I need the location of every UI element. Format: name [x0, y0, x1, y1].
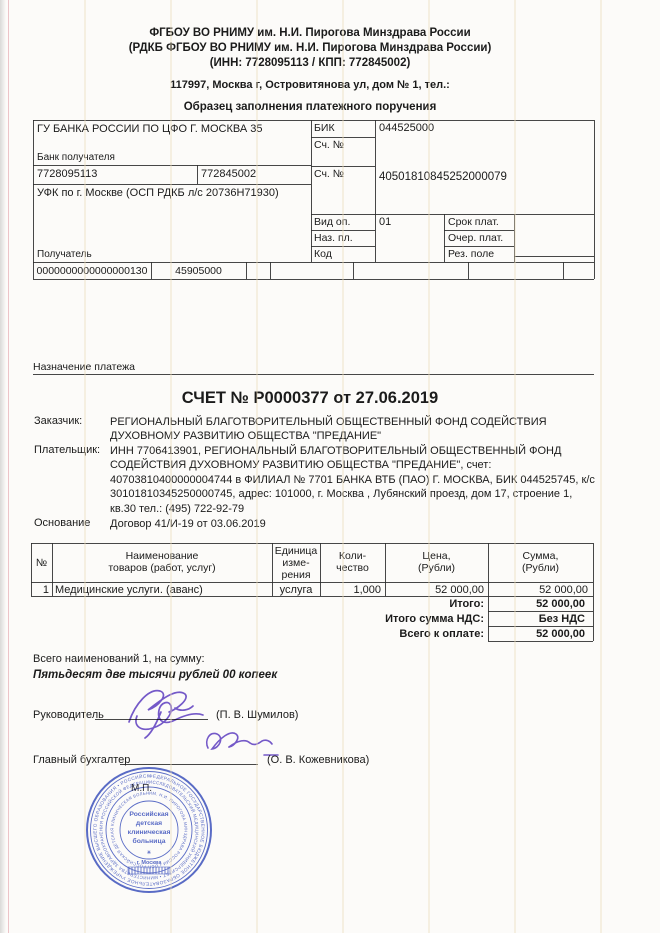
org-inn-kpp-line: (ИНН: 7728095113 / КПП: 772845002) [20, 56, 600, 70]
director-label: Руководитель [33, 709, 104, 722]
organization-stamp: ФЕДЕРАЛЬНОЕ ГОСУДАРСТВЕННОЕ БЮДЖЕТНОЕ ОБ… [84, 765, 214, 895]
account-number-value: 40501810845252000079 [379, 170, 507, 184]
table-line [33, 165, 311, 166]
total-value: 52 000,00 [488, 598, 585, 611]
amount-in-words: Пятьдесят две тысячи рублей 00 копеек [33, 668, 277, 682]
vid-op-value: 01 [379, 216, 391, 229]
grand-total-label: Всего к оплате: [250, 628, 484, 641]
recipient-name: УФК по г. Москве (ОСП РДКБ л/с 20736Н719… [37, 187, 307, 200]
item-row-unit: услуга [272, 584, 320, 597]
col-header-sum: Сумма, (Рубли) [488, 550, 593, 574]
vat-total-label: Итого сумма НДС: [250, 613, 484, 626]
table-line [444, 230, 514, 231]
srok-plat-label: Срок плат. [448, 216, 499, 228]
bik-value: 044525000 [379, 122, 434, 135]
item-row-price: 52 000,00 [385, 584, 484, 597]
bik-label: БИК [314, 122, 335, 134]
table-line [311, 246, 375, 247]
table-line [311, 166, 375, 167]
table-line [594, 120, 595, 279]
account-label-top: Сч. № [314, 139, 344, 151]
inn-value: 7728095113 [37, 168, 97, 181]
stamp-center-line1: Российская [129, 810, 168, 818]
recipient-bank-name: ГУ БАНКА РОССИИ ПО ЦФО Г. МОСКВА 35 [37, 123, 307, 136]
naz-pl-label: Наз. пл. [314, 232, 353, 244]
item-row-name: Медицинские услуги. (аванс) [55, 584, 270, 597]
table-line [488, 626, 593, 627]
org-name-line1: ФГБОУ ВО РНИМУ им. Н.И. Пирогова Минздра… [20, 26, 600, 40]
table-line [311, 214, 594, 215]
ocher-plat-label: Очер. плат. [448, 232, 503, 244]
purpose-label: Назначение платежа [33, 361, 135, 373]
chief-accountant-signature [198, 726, 288, 766]
table-line [31, 582, 593, 583]
stamp-center-line2: детская [136, 820, 162, 827]
stamp-center-line4: больница [132, 837, 165, 845]
table-line [246, 262, 247, 279]
table-line [514, 256, 594, 257]
basis-label: Основание [34, 517, 90, 530]
vat-total-value: Без НДС [488, 613, 585, 626]
table-line [311, 137, 375, 138]
stamp-star: ✳ [147, 850, 152, 856]
invoice-title: СЧЕТ № Р0000377 от 27.06.2019 [20, 389, 600, 408]
item-row-num: 1 [31, 584, 49, 597]
scanned-invoice-page: ФГБОУ ВО РНИМУ им. Н.И. Пирогова Минздра… [0, 0, 660, 933]
col-header-unit: Единица изме- рения [272, 545, 320, 581]
payment-order-sample-title: Образец заполнения платежного поручения [20, 100, 600, 114]
vid-op-label: Вид оп. [314, 216, 350, 228]
col-header-num: № [31, 557, 52, 569]
table-line [444, 214, 445, 262]
stamp-code-box [128, 867, 170, 874]
table-line [311, 120, 312, 262]
table-line [197, 165, 198, 184]
col-header-name: Наименование товаров (работ, услуг) [52, 550, 272, 574]
org-address: 117997, Москва г, Островитянова ул, дом … [20, 79, 600, 91]
customer-value: РЕГИОНАЛЬНЫЙ БЛАГОТВОРИТЕЛЬНЫЙ ОБЩЕСТВЕН… [110, 415, 588, 444]
payer-value: ИНН 7706413901, РЕГИОНАЛЬНЫЙ БЛАГОТВОРИТ… [110, 444, 596, 516]
oktmo-value: 45905000 [151, 265, 246, 277]
payer-label: Плательщик: [34, 444, 100, 457]
table-line [33, 184, 311, 185]
table-line [33, 262, 594, 263]
recipient-bank-label: Банк получателя [37, 152, 115, 163]
rez-pole-label: Рез. поле [448, 248, 494, 260]
col-header-qty: Коли- чество [320, 550, 385, 574]
kpp-value: 772845002 [201, 168, 256, 181]
stamp-city: г. Москва [137, 860, 163, 866]
stamp-center-line3: клиническая [128, 829, 171, 836]
table-line [311, 230, 375, 231]
table-line [593, 543, 594, 641]
account-label-main: Сч. № [314, 168, 344, 180]
basis-value: Договор 41/И-19 от 03.06.2019 [110, 517, 596, 531]
purpose-underline [33, 374, 594, 375]
org-name-line2: (РДКБ ФГБОУ ВО РНИМУ им. Н.И. Пирогова М… [20, 41, 600, 55]
recipient-label: Получатель [37, 249, 92, 260]
total-items-line: Всего наименований 1, на сумму: [33, 653, 205, 666]
table-line [33, 279, 594, 280]
col-header-price: Цена, (Рубли) [385, 550, 488, 574]
table-line [375, 120, 376, 262]
table-line [270, 262, 271, 279]
table-line [468, 262, 469, 279]
table-line [444, 246, 514, 247]
table-line [563, 262, 564, 279]
item-row-sum: 52 000,00 [488, 584, 588, 597]
table-line [33, 120, 594, 121]
customer-label: Заказчик: [34, 415, 82, 428]
table-line [488, 641, 593, 642]
kod-label: Код [314, 248, 332, 260]
table-line [488, 611, 593, 612]
kbk-value: 0000000000000000130 [33, 265, 151, 277]
table-line [33, 120, 34, 279]
table-line [31, 543, 593, 544]
item-row-qty: 1,000 [320, 584, 381, 597]
grand-total-value: 52 000,00 [488, 628, 585, 641]
table-line [353, 262, 354, 279]
table-line [514, 214, 515, 262]
director-name: (П. В. Шумилов) [216, 709, 298, 722]
total-label: Итого: [250, 598, 484, 611]
